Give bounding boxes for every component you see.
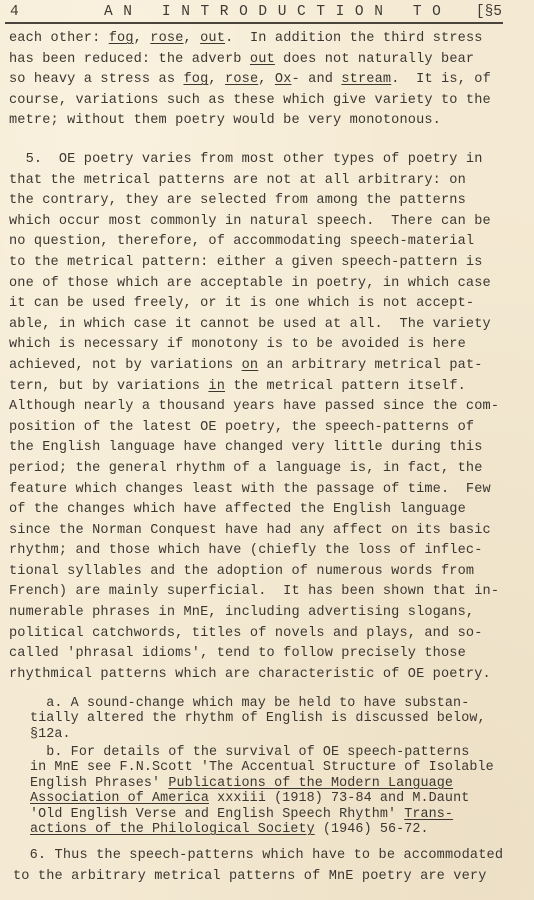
text-run: 5. OE poetry varies from most other type… [9,152,483,167]
text-run: - and [292,72,342,87]
underlined-term: fog [183,72,208,87]
text-line: of the changes which have affected the E… [9,500,509,521]
text-run: French) are mainly superficial. It has b… [9,584,499,599]
text-line: no question, therefore, of accommodating… [9,232,509,253]
text-run: rhythm; and those which have (chiefly th… [9,543,483,558]
text-line: 'Old English Verse and English Speech Rh… [30,807,520,822]
text-run: . It is, of [391,72,491,87]
underlined-term: actions of the Philological Society [30,822,315,837]
text-run: position of the latest OE poetry, the sp… [9,420,474,435]
text-run: tially altered the rhythm of English is … [30,711,486,726]
text-line: called 'phrasal idioms', tend to follow … [9,644,509,665]
running-head-title: AN INTRODUCTION TO [104,2,451,22]
text-line: the English language have changed very l… [9,438,509,459]
text-run: English Phrases' [30,776,168,791]
underlined-term: out [200,31,225,46]
text-run: since the Norman Conquest have had any a… [9,523,491,538]
text-run: xxxiii (1918) 73-84 and M.Daunt [209,791,469,806]
text-run: of the changes which have affected the E… [9,502,466,517]
underlined-term: rose [225,72,258,87]
text-run: the metrical pattern itself. [225,379,466,394]
text-line: rhythm; and those which have (chiefly th… [9,541,509,562]
text-run: the English language have changed very l… [9,440,483,455]
paragraph-continued: each other: fog, rose, out. In addition … [9,29,509,132]
text-line: numerable phrases in MnE, including adve… [9,603,509,624]
text-line: feature which changes least with the pas… [9,480,509,501]
page-number: 4 [10,2,19,22]
text-line: that the metrical patterns are not at al… [9,171,509,192]
text-line: 5. OE poetry varies from most other type… [9,150,509,171]
text-line: to the arbitrary metrical patterns of Mn… [13,867,513,888]
text-line: 6. Thus the speech-patterns which have t… [13,846,513,867]
text-line: position of the latest OE poetry, the sp… [9,418,509,439]
text-run: b. For details of the survival of OE spe… [30,745,469,760]
underlined-term: in [208,379,225,394]
text-run: called 'phrasal idioms', tend to follow … [9,646,466,661]
text-run: , [134,31,151,46]
underlined-term: on [242,358,259,373]
text-run: which is necessary if monotony is to be … [9,337,466,352]
text-run: one of those which are acceptable in poe… [9,276,491,291]
text-line: course, variations such as these which g… [9,91,509,112]
text-run: no question, therefore, of accommodating… [9,234,474,249]
underlined-term: Trans- [404,807,453,822]
paragraph-5: 5. OE poetry varies from most other type… [9,150,509,685]
text-line: period; the general rhythm of a language… [9,459,509,480]
text-run: course, variations such as these which g… [9,93,491,108]
text-run: to the metrical pattern: either a given … [9,255,483,270]
text-line: tially altered the rhythm of English is … [30,711,520,726]
text-run: , [258,72,275,87]
text-line: Association of America xxxiii (1918) 73-… [30,791,520,806]
text-line: English Phrases' Publications of the Mod… [30,776,520,791]
text-run: , [208,72,225,87]
text-line: §12a. [30,727,520,742]
paragraph-6: 6. Thus the speech-patterns which have t… [13,846,513,887]
underlined-term: fog [109,31,134,46]
text-run: 'Old English Verse and English Speech Rh… [30,807,404,822]
text-run: which occur most commonly in natural spe… [9,214,491,229]
text-run: tional syllables and the adoption of num… [9,564,474,579]
text-run: that the metrical patterns are not at al… [9,173,466,188]
text-line: the contrary, they are selected from amo… [9,191,509,212]
text-run: political catchwords, titles of novels a… [9,626,483,641]
text-run: rhythmical patterns which are characteri… [9,667,491,682]
text-line: in MnE see F.N.Scott 'The Accentual Stru… [30,760,520,775]
text-run: §12a. [30,727,71,742]
running-head: 4 AN INTRODUCTION TO [§5 [8,2,502,22]
text-run: , [184,31,201,46]
document-page: 4 AN INTRODUCTION TO [§5 each other: fog… [0,0,534,900]
text-run: has been reduced: the adverb [9,52,250,67]
text-line: each other: fog, rose, out. In addition … [9,29,509,50]
text-line: tern, but by variations in the metrical … [9,377,509,398]
underlined-term: Ox [275,72,292,87]
text-line: political catchwords, titles of novels a… [9,624,509,645]
text-line: actions of the Philological Society (194… [30,822,520,837]
text-line: one of those which are acceptable in poe… [9,274,509,295]
text-run: to the arbitrary metrical patterns of Mn… [13,869,487,884]
underlined-term: Publications of the Modern Language [168,776,453,791]
text-run: achieved, not by variations [9,358,242,373]
text-run: it can be used freely, or it is one whic… [9,296,474,311]
footnote-b: b. For details of the survival of OE spe… [30,745,520,837]
text-line: to the metrical pattern: either a given … [9,253,509,274]
text-line: has been reduced: the adverb out does no… [9,50,509,71]
text-line: able, in which case it cannot be used at… [9,315,509,336]
text-run: so heavy a stress as [9,72,183,87]
text-run: Although nearly a thousand years have pa… [9,399,499,414]
text-run: numerable phrases in MnE, including adve… [9,605,474,620]
text-run: each other: [9,31,109,46]
text-line: metre; without them poetry would be very… [9,111,509,132]
text-run: 6. Thus the speech-patterns which have t… [13,848,503,863]
text-run: able, in which case it cannot be used at… [9,317,491,332]
text-line: since the Norman Conquest have had any a… [9,521,509,542]
text-line: tional syllables and the adoption of num… [9,562,509,583]
text-run: in MnE see F.N.Scott 'The Accentual Stru… [30,760,494,775]
text-line: which is necessary if monotony is to be … [9,335,509,356]
underlined-term: out [250,52,275,67]
text-line: achieved, not by variations on an arbitr… [9,356,509,377]
section-reference: [§5 [476,2,502,22]
text-run: (1946) 56-72. [315,822,429,837]
text-run: the contrary, they are selected from amo… [9,193,466,208]
text-line: which occur most commonly in natural spe… [9,212,509,233]
text-run: a. A sound-change which may be held to h… [30,696,469,711]
underlined-term: stream [341,72,391,87]
text-line: Although nearly a thousand years have pa… [9,397,509,418]
text-line: a. A sound-change which may be held to h… [30,696,520,711]
text-run: an arbitrary metrical pat- [258,358,482,373]
text-run: period; the general rhythm of a language… [9,461,483,476]
text-line: b. For details of the survival of OE spe… [30,745,520,760]
text-run: does not naturally bear [275,52,474,67]
text-line: French) are mainly superficial. It has b… [9,582,509,603]
text-run: feature which changes least with the pas… [9,482,491,497]
header-rule [5,22,503,24]
text-line: it can be used freely, or it is one whic… [9,294,509,315]
text-run: tern, but by variations [9,379,208,394]
text-line: so heavy a stress as fog, rose, Ox- and … [9,70,509,91]
footnote-a: a. A sound-change which may be held to h… [30,696,520,742]
text-run: . In addition the third stress [225,31,483,46]
text-run: metre; without them poetry would be very… [9,113,441,128]
underlined-term: Association of America [30,791,209,806]
underlined-term: rose [150,31,183,46]
text-line: rhythmical patterns which are characteri… [9,665,509,686]
